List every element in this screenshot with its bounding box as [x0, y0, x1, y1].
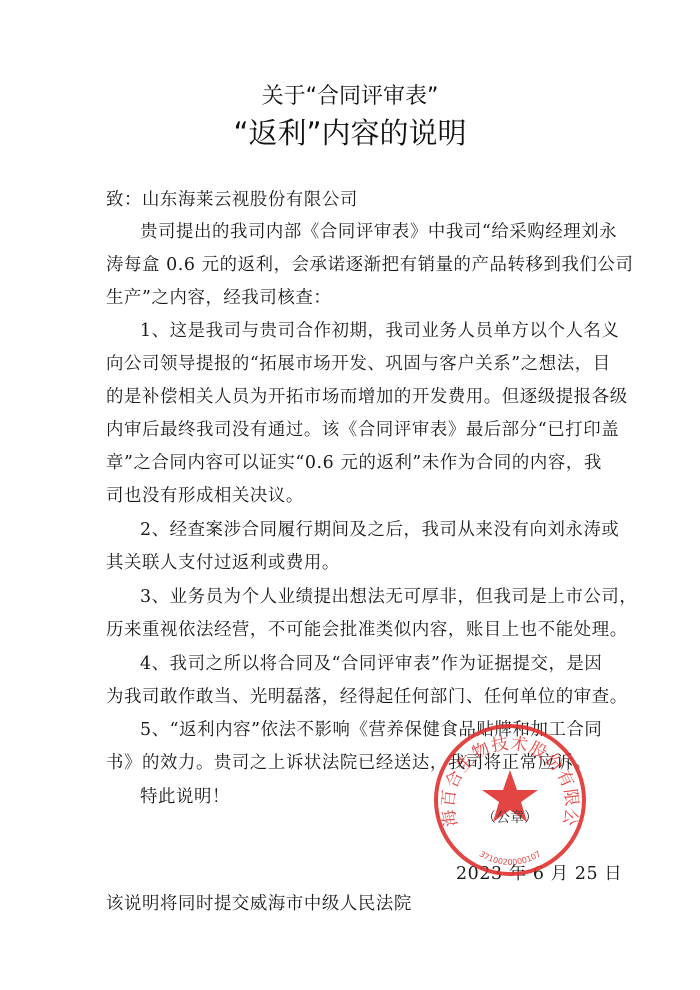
addressee: 致：山东海莱云视股份有限公司: [106, 188, 606, 212]
svg-text:（公章）: （公章）: [482, 809, 538, 826]
title-line-2: “返利”内容的说明: [0, 114, 700, 152]
body-line: 的是补偿相关人员为开拓市场而增加的开发费用。但逐级提报各级: [106, 385, 606, 409]
item-1-line: 1、这是我司与贵司合作初期，我司业务人员单方以个人名义: [140, 319, 640, 343]
company-seal-icon: 威海百合生物技术股份有限公司 （公章） 3710020000107: [432, 722, 588, 878]
body-line: 向公司领导提报的“拓展市场开发、巩固与客户关系”之想法，目: [106, 352, 606, 376]
body-line: 内审后最终我司没有通过。该《合同评审表》最后部分“已打印盖: [106, 418, 606, 442]
item-2-line: 2、经查案涉合同履行期间及之后，我司从来没有向刘永涛或: [140, 518, 640, 542]
body-line: 章”之合同内容可以证实“0.6 元的返利”未作为合同的内容，我: [106, 451, 606, 475]
title-line-1: 关于“合同评审表”: [0, 82, 700, 112]
footer-note: 该说明将同时提交威海市中级人民法院: [106, 892, 606, 916]
body-line: 为我司敢作敢当、光明磊落，经得起任何部门、任何单位的审查。: [106, 685, 606, 709]
item-4-line: 4、我司之所以将合同及“合同评审表”作为证据提交，是因: [140, 652, 640, 676]
body-line: 生产”之内容，经我司核查：: [106, 286, 606, 310]
body-line: 司也没有形成相关决议。: [106, 484, 606, 508]
body-line: 其关联人支付过返利或费用。: [106, 551, 606, 575]
body-line: 贵司提出的我司内部《合同评审表》中我司“给采购经理刘永: [140, 220, 640, 244]
body-line: 涛每盒 0.6 元的返利，会承诺逐渐把有销量的产品转移到我们公司: [106, 253, 606, 277]
svg-text:3710020000107: 3710020000107: [478, 849, 543, 866]
body-line: 历来重视依法经营，不可能会批准类似内容，账目上也不能处理。: [106, 618, 606, 642]
item-3-line: 3、业务员为个人业绩提出想法无可厚非，但我司是上市公司，: [140, 585, 640, 609]
